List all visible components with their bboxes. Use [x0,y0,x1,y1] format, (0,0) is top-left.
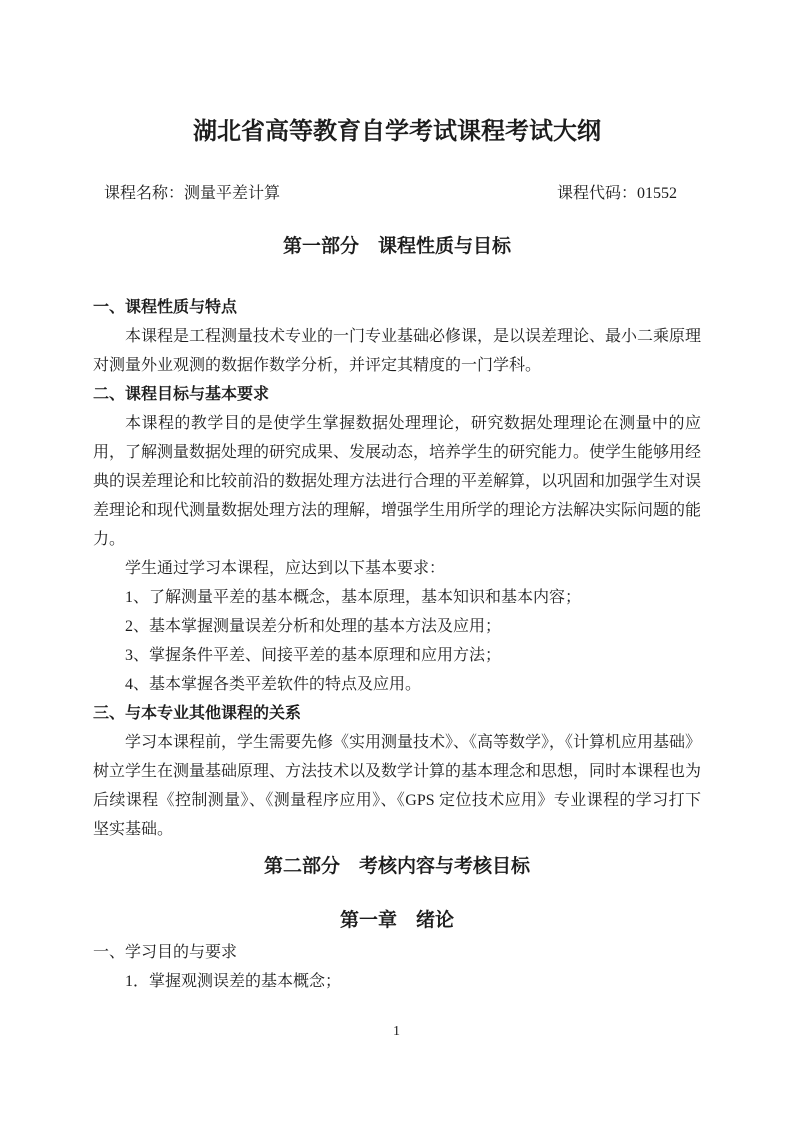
requirement-item-4: 4、基本掌握各类平差软件的特点及应用。 [93,670,701,699]
requirement-item-2: 2、基本掌握测量误差分析和处理的基本方法及应用； [93,612,701,641]
page-number: 1 [0,1024,793,1040]
part1-body: 一、课程性质与特点 本课程是工程测量技术专业的一门专业基础必修课，是以误差理论、… [93,293,701,844]
chapter1-section-heading: 一、学习目的与要求 [93,938,701,967]
section2-paragraph-1: 本课程的教学目的是使学生掌握数据处理理论，研究数据处理理论在测量中的应用，了解测… [93,409,701,554]
requirement-item-3: 3、掌握条件平差、间接平差的基本原理和应用方法； [93,641,701,670]
section1-heading: 一、课程性质与特点 [93,293,701,322]
document-title: 湖北省高等教育自学考试课程考试大纲 [93,117,701,147]
requirement-item-1: 1、了解测量平差的基本概念，基本原理，基本知识和基本内容； [93,583,701,612]
course-code-label: 课程代码：01552 [557,184,677,203]
document-page: 湖北省高等教育自学考试课程考试大纲 课程名称：测量平差计算 课程代码：01552… [0,0,793,1122]
part2-heading: 第二部分 考核内容与考核目标 [93,854,701,880]
section1-paragraph: 本课程是工程测量技术专业的一门专业基础必修课，是以误差理论、最小二乘原理对测量外… [93,322,701,380]
section3-heading: 三、与本专业其他课程的关系 [93,699,701,728]
chapter1-item-1: 1．掌握观测误差的基本概念； [93,967,701,996]
chapter1-heading: 第一章 绪论 [93,908,701,934]
section2-paragraph-2: 学生通过学习本课程，应达到以下基本要求： [93,554,701,583]
course-name-label: 课程名称：测量平差计算 [104,184,280,203]
part1-heading: 第一部分 课程性质与目标 [93,234,701,260]
course-info-line: 课程名称：测量平差计算 课程代码：01552 [93,184,701,203]
chapter1-body: 一、学习目的与要求 1．掌握观测误差的基本概念； [93,938,701,996]
section2-heading: 二、课程目标与基本要求 [93,380,701,409]
section3-paragraph: 学习本课程前，学生需要先修《实用测量技术》、《高等数学》，《计算机应用基础》树立… [93,728,701,844]
